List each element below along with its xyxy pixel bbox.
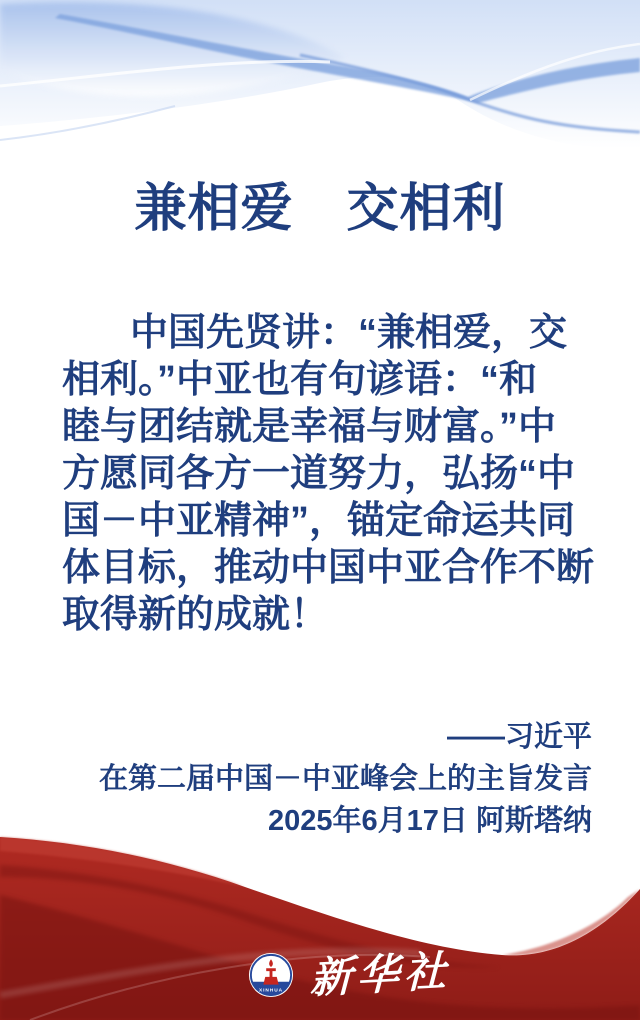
poster-canvas: 兼相爱 交相利 中国先贤讲：“兼相爱，交 相利。”中亚也有句谚语：“和 睦与团结… <box>0 0 640 1020</box>
attribution-author: ——习近平 <box>99 716 592 758</box>
top-wave-decoration <box>0 0 640 178</box>
xinhua-wordmark: 新华社 <box>310 948 452 1001</box>
xinhua-emblem-icon: XINHUA <box>248 952 294 998</box>
quote-text: 中国先贤讲：“兼相爱，交 相利。”中亚也有句谚语：“和 睦与团结就是幸福与财富。… <box>62 310 600 639</box>
emblem-caption: XINHUA <box>259 987 283 993</box>
poster-title: 兼相爱 交相利 <box>0 166 640 241</box>
attribution-occasion: 在第二届中国－中亚峰会上的主旨发言 <box>99 758 592 800</box>
attribution-block: ——习近平 在第二届中国－中亚峰会上的主旨发言 2025年6月17日 阿斯塔纳 <box>99 716 592 842</box>
xinhua-logo: XINHUA 新华社 <box>248 952 451 998</box>
